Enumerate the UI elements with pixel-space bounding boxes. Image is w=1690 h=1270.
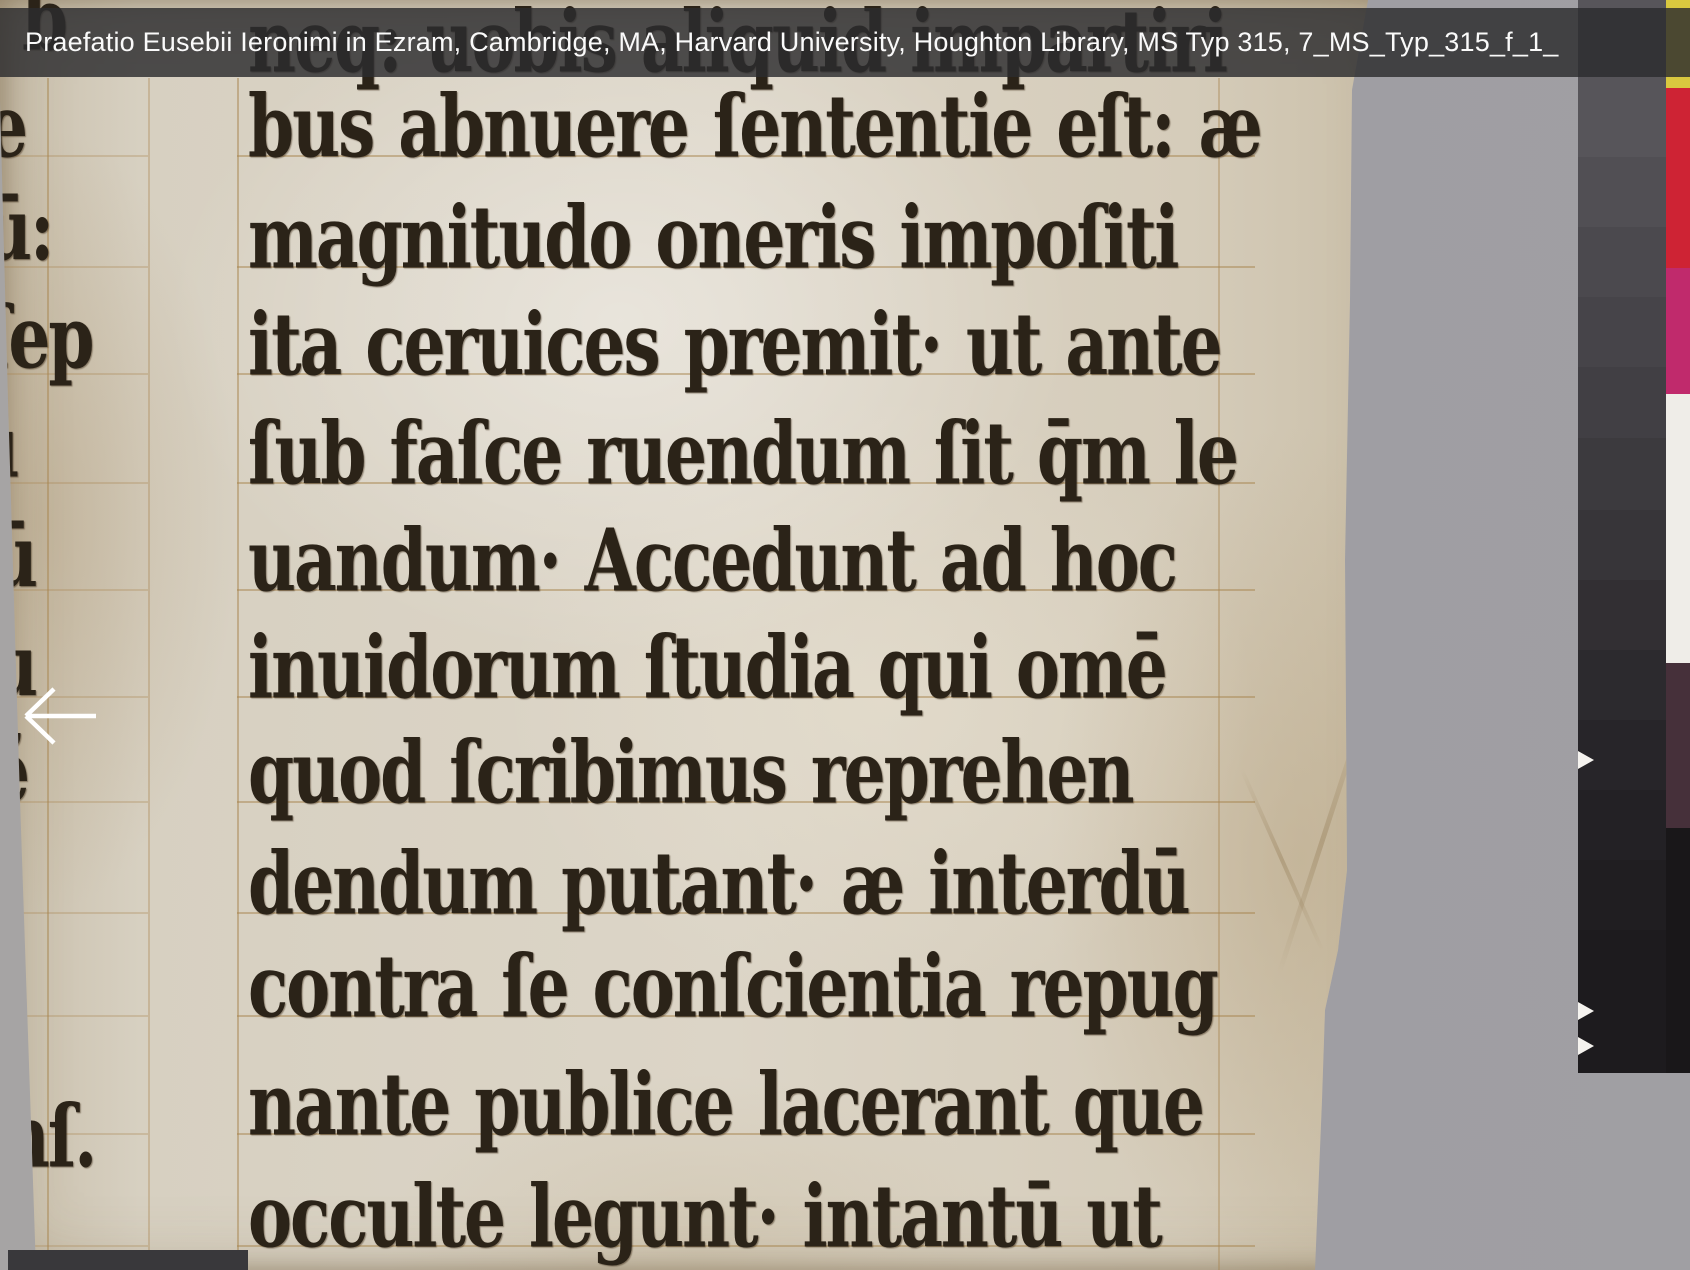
manuscript-text-line: quod ſcribimus reprehen — [248, 730, 1133, 816]
calibration-marker-triangle — [1578, 751, 1594, 769]
margin-letter: ū: — [0, 187, 52, 273]
manuscript-text-line: uandum· Accedunt ad hoc — [248, 518, 1176, 604]
gray-step — [1578, 790, 1666, 860]
image-title: Praefatio Eusebii Ieronimi in Ezram, Cam… — [0, 27, 1559, 58]
margin-letter: ı — [0, 404, 17, 490]
manuscript-text-line: contra ſe conſcientia repug — [248, 944, 1217, 1030]
calibration-marker-triangle — [1578, 1002, 1594, 1020]
manuscript-page[interactable]: neq: uobis aliquid impartiri bus abnuere… — [0, 0, 1400, 1270]
gray-step — [1578, 438, 1666, 510]
calibration-color-patches — [1666, 0, 1690, 1073]
gray-step — [1578, 297, 1666, 367]
gray-step — [1578, 580, 1666, 650]
gray-step — [1578, 367, 1666, 438]
patch-magenta — [1666, 268, 1690, 394]
gray-step — [1578, 860, 1666, 930]
ruling-line-margin — [0, 912, 148, 914]
bottom-panel[interactable] — [8, 1250, 248, 1270]
margin-letter: c — [0, 914, 24, 1000]
gray-step — [1578, 157, 1666, 227]
manuscript-text-line: bus abnuere ſententie eſt: æ — [248, 84, 1261, 170]
ruling-vertical-column-left — [237, 78, 239, 1270]
margin-letter: ū — [0, 514, 36, 600]
image-title-bar: Praefatio Eusebii Ieronimi in Ezram, Cam… — [0, 8, 1690, 77]
margin-letter: ſep — [0, 295, 93, 381]
patch-maroon — [1666, 663, 1690, 828]
ruling-line-margin — [0, 1015, 148, 1017]
manuscript-text-line: dendum putant· æ interdū — [248, 841, 1189, 927]
ruling-vertical-column-right — [1218, 78, 1220, 1270]
gray-step — [1578, 510, 1666, 580]
calibration-grayscale-strip — [1578, 0, 1666, 1073]
parchment-crease — [1277, 706, 1368, 974]
manuscript-text-line: nante publice lacerant que — [248, 1062, 1203, 1148]
manuscript-text-line: magnitudo oneris impoſiti — [248, 195, 1178, 281]
back-arrow-icon[interactable] — [20, 686, 100, 746]
margin-letter: m̃ſ. — [0, 1094, 95, 1180]
manuscript-text-line: inuidorum ſtudia qui omē — [248, 625, 1166, 711]
margin-letter: e — [0, 84, 26, 170]
ruling-vertical-left-inner — [148, 78, 150, 1270]
patch-white — [1666, 394, 1690, 663]
viewer-stage: neq: uobis aliquid impartiri bus abnuere… — [0, 0, 1690, 1270]
margin-letter: r — [0, 819, 17, 905]
gray-step — [1578, 227, 1666, 297]
gray-step — [1578, 650, 1666, 720]
calibration-marker-triangle — [1578, 1037, 1594, 1055]
manuscript-text-line: occulte legunt· intantū ut — [248, 1174, 1161, 1260]
parchment-crease — [1239, 768, 1324, 952]
patch-red — [1666, 88, 1690, 268]
ruling-line-margin — [0, 1245, 148, 1247]
manuscript-text-line: ſub faſce ruendum ſit q̄m le — [248, 411, 1237, 497]
ruling-line-margin — [0, 482, 148, 484]
margin-letter: ı — [0, 1009, 17, 1095]
patch-black — [1666, 828, 1690, 1073]
manuscript-text-line: ita ceruices premit· ut ante — [248, 302, 1221, 388]
